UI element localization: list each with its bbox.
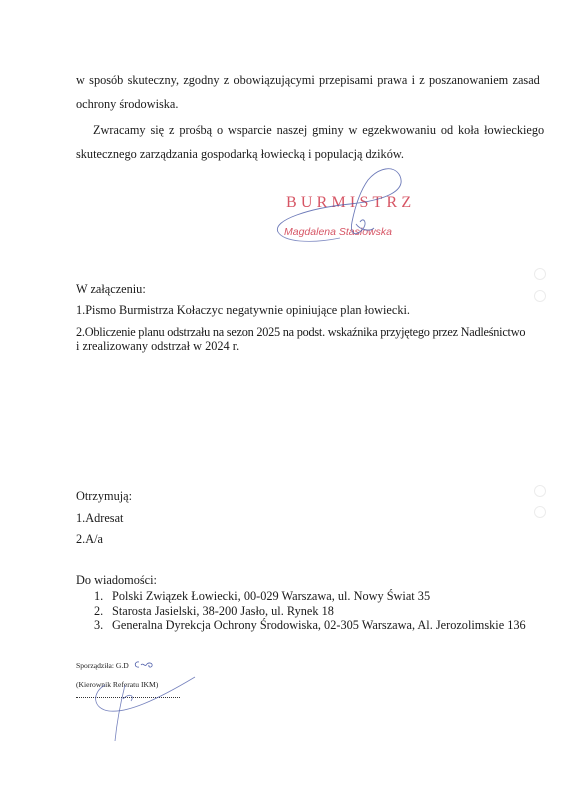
recipients-heading: Otrzymują: (76, 489, 132, 503)
paragraph-2-line-1: Zwracamy się z prośbą o wsparcie naszej … (93, 123, 544, 138)
recipient-item-2: 2.A/a (76, 532, 103, 546)
attachment-item-1: 1.Pismo Burmistrza Kołaczyc negatywnie o… (76, 303, 410, 317)
cc-item-2-number: 2. (94, 604, 103, 619)
paragraph-2-line-2: skutecznego zarządzania gospodarką łowie… (76, 147, 404, 161)
attachment-item-2-cont: i zrealizowany odstrzał w 2024 r. (76, 339, 239, 353)
bottom-signature-icon (85, 665, 215, 745)
punch-hole-3 (534, 485, 546, 497)
cc-item-1-number: 1. (94, 589, 103, 604)
cc-item-2: Starosta Jasielski, 38-200 Jasło, ul. Ry… (112, 604, 334, 619)
signature-line (76, 697, 180, 698)
attachments-heading: W załączeniu: (76, 282, 146, 296)
cc-heading: Do wiadomości: (76, 573, 157, 587)
punch-hole-4 (534, 506, 546, 518)
paragraph-1-line-1: w sposób skuteczny, zgodny z obowiązując… (76, 73, 540, 88)
punch-hole-2 (534, 290, 546, 302)
prepared-by-role: (Kierownik Referatu IKM) (76, 680, 158, 689)
attachment-item-2: 2.Obliczenie planu odstrzału na sezon 20… (76, 325, 525, 339)
punch-hole-1 (534, 268, 546, 280)
cc-item-3: Generalna Dyrekcja Ochrony Środowiska, 0… (112, 618, 526, 633)
prepared-by-label: Sporządziła: G.D (76, 661, 129, 670)
stamp-title: BURMISTRZ (286, 194, 415, 212)
document-page: w sposób skuteczny, zgodny z obowiązując… (0, 0, 566, 800)
cc-item-1: Polski Związek Łowiecki, 00-029 Warszawa… (112, 589, 430, 604)
cc-item-3-number: 3. (94, 618, 103, 633)
recipient-item-1: 1.Adresat (76, 511, 123, 525)
stamp-name: Magdalena Stasiowska (284, 226, 392, 238)
initials-icon (133, 660, 155, 670)
paragraph-1-line-2: ochrony środowiska. (76, 97, 178, 111)
